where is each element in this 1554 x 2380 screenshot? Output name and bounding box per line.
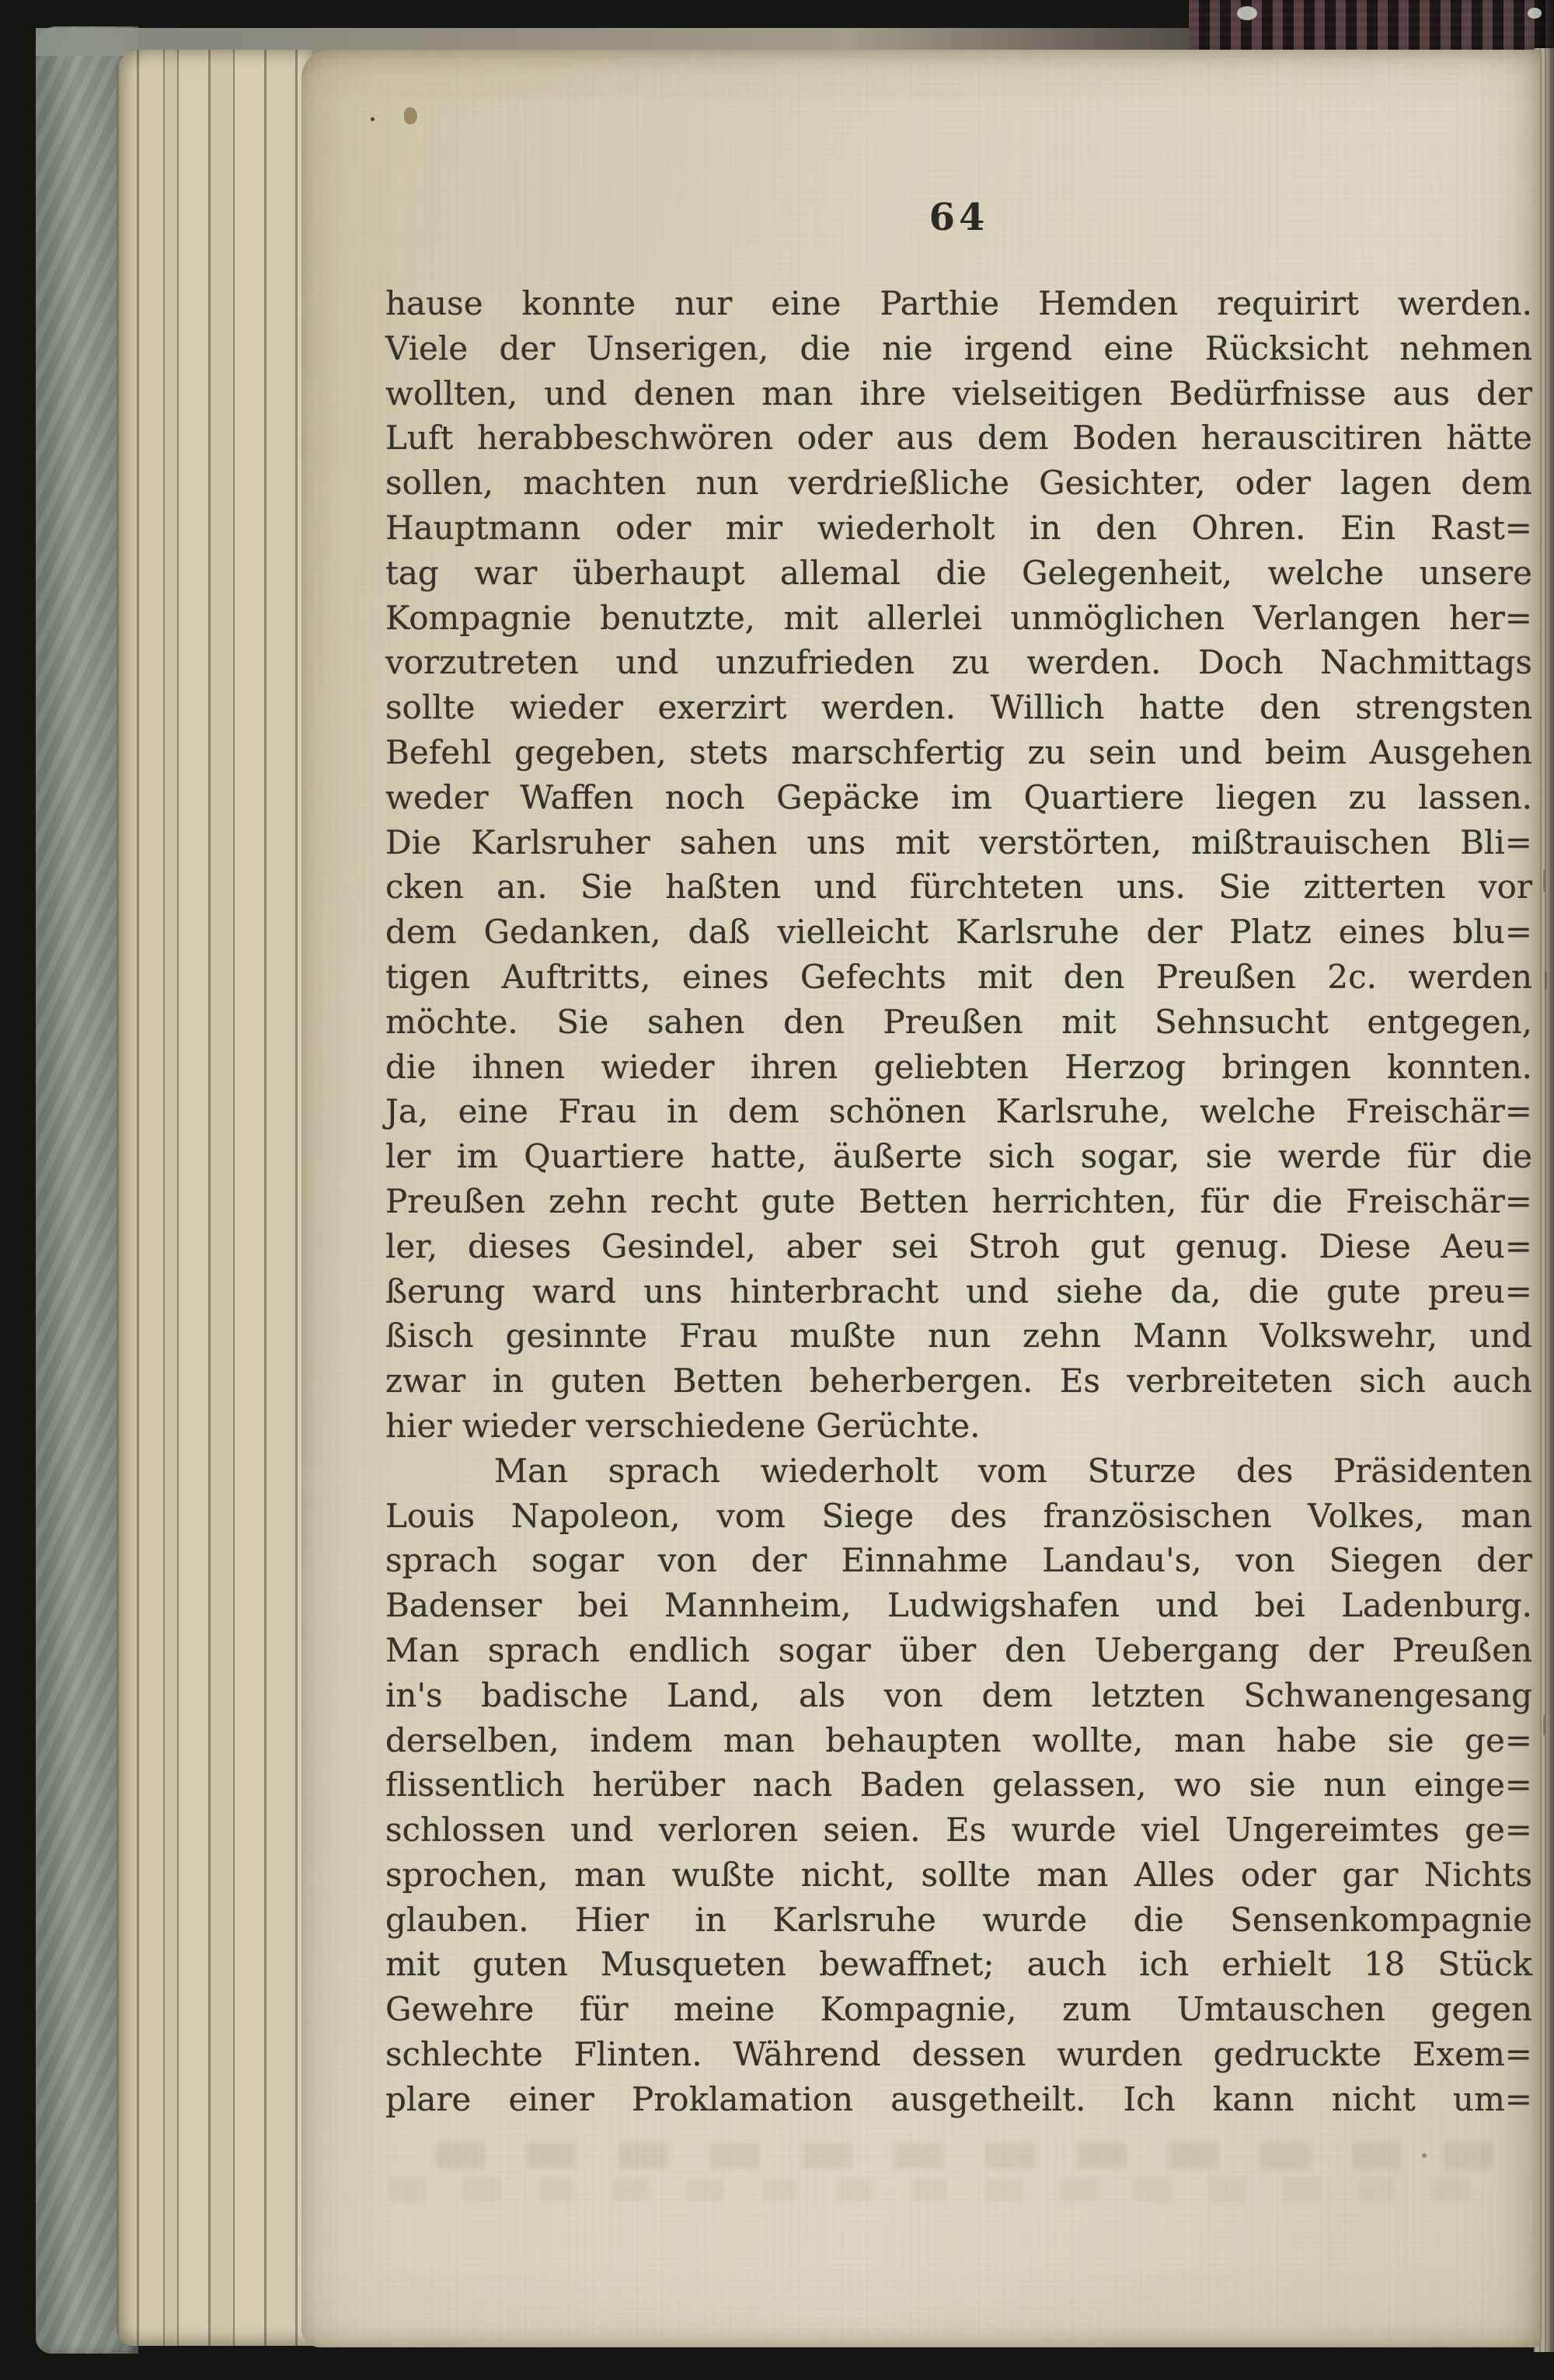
text-line: tag war überhaupt allemal die Gelegenhei… — [385, 551, 1532, 596]
text-line: schlossen und verloren seien. Es wurde v… — [385, 1808, 1532, 1853]
text-line: plare einer Proklamation ausgetheilt. Ic… — [385, 2077, 1532, 2122]
text-line: Ja, eine Frau in dem schönen Karlsruhe, … — [385, 1089, 1532, 1134]
text-line: ßisch gesinnte Frau mußte nun zehn Mann … — [385, 1314, 1532, 1359]
text-line: hier wieder verschiedene Gerüchte. — [385, 1404, 1532, 1449]
text-line: Kompagnie benutzte, mit allerlei unmögli… — [385, 596, 1532, 641]
text-line: Befehl gegeben, stets marschfertig zu se… — [385, 730, 1532, 775]
ink-speck — [1422, 2153, 1427, 2158]
text-line: möchte. Sie sahen den Preußen mit Sehnsu… — [385, 1000, 1532, 1045]
text-line: cken an. Sie haßten und fürchteten uns. … — [385, 865, 1532, 910]
ink-blot — [404, 107, 417, 124]
text-line: zwar in guten Betten beherbergen. Es ver… — [385, 1359, 1532, 1404]
text-line: Gewehre für meine Kompagnie, zum Umtausc… — [385, 1987, 1532, 2032]
edge-mark — [1543, 1715, 1545, 1735]
text-line: Man sprach endlich sogar über den Ueberg… — [385, 1628, 1532, 1673]
text-line: vorzutreten und unzufrieden zu werden. D… — [385, 640, 1532, 685]
page-number: 64 — [385, 196, 1532, 239]
text-line: wollten, und denen man ihre vielseitigen… — [385, 371, 1532, 416]
text-line: in's badische Land, als von dem letzten … — [385, 1673, 1532, 1718]
text-line: sprach sogar von der Einnahme Landau's, … — [385, 1538, 1532, 1583]
text-line: Louis Napoleon, vom Siege des französisc… — [385, 1494, 1532, 1539]
edge-mark — [1545, 971, 1547, 990]
text-line: mit guten Musqueten bewaffnet; auch ich … — [385, 1942, 1532, 1987]
text-line: ßerung ward uns hinterbracht und siehe d… — [385, 1269, 1532, 1314]
binding-fleck — [1528, 8, 1542, 19]
text-line: sprochen, man wußte nicht, sollte man Al… — [385, 1853, 1532, 1898]
text-line: derselben, indem man behaupten wollte, m… — [385, 1718, 1532, 1763]
binding-band — [1189, 0, 1554, 50]
book-scan: 64 hause konnte nur eine Parthie Hemden … — [0, 0, 1554, 2380]
text-line: Man sprach wiederholt vom Sturze des Prä… — [385, 1449, 1532, 1494]
text-block: hause konnte nur eine Parthie Hemden req… — [385, 281, 1532, 2122]
text-line: Preußen zehn recht gute Betten herrichte… — [385, 1179, 1532, 1224]
text-line: ler, dieses Gesindel, aber sei Stroh gut… — [385, 1224, 1532, 1269]
binding-fleck — [1237, 6, 1257, 20]
text-line: dem Gedanken, daß vielleicht Karlsruhe d… — [385, 910, 1532, 955]
text-line: sollte wieder exerzirt werden. Willich h… — [385, 685, 1532, 730]
page-edges-stack — [117, 50, 312, 2346]
text-line: Viele der Unserigen, die nie irgend eine… — [385, 326, 1532, 371]
text-line: tigen Auftritts, eines Gefechts mit den … — [385, 955, 1532, 1000]
text-line: Badenser bei Mannheim, Ludwigshafen und … — [385, 1583, 1532, 1628]
text-line: Luft herabbeschwören oder aus dem Boden … — [385, 416, 1532, 461]
text-line: flissentlich herüber nach Baden gelassen… — [385, 1762, 1532, 1808]
text-line: glauben. Hier in Karlsruhe wurde die Sen… — [385, 1898, 1532, 1943]
text-line: hause konnte nur eine Parthie Hemden req… — [385, 281, 1532, 326]
text-line: weder Waffen noch Gepäcke im Quartiere l… — [385, 775, 1532, 820]
text-line: schlechte Flinten. Während dessen wurden… — [385, 2032, 1532, 2077]
text-line: die ihnen wieder ihren geliebten Herzog … — [385, 1045, 1532, 1090]
ink-speck — [371, 117, 375, 121]
text-line: Die Karlsruher sahen uns mit verstörten,… — [385, 820, 1532, 865]
text-line: Hauptmann oder mir wiederholt in den Ohr… — [385, 506, 1532, 551]
text-line: sollen, machten nun verdrießliche Gesich… — [385, 461, 1532, 506]
edge-mark — [1543, 870, 1545, 892]
text-line: ler im Quartiere hatte, äußerte sich sog… — [385, 1134, 1532, 1179]
